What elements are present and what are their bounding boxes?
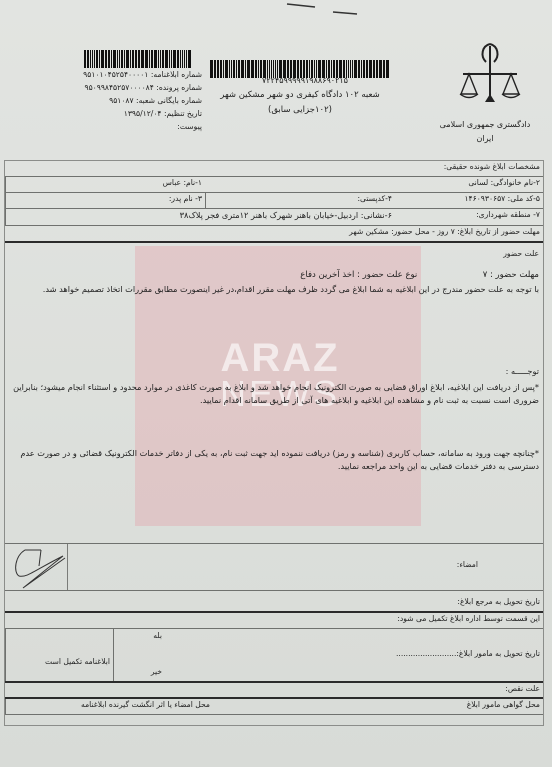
recipient-row-2: ۳- نام پدر: ۴-کدپستی: ۵-کد ملی: ۱۴۶۰۹۳۰۶… xyxy=(5,193,543,209)
barcode-bar xyxy=(149,50,150,68)
barcode-bar xyxy=(214,60,216,78)
notice-complete-label: ابلاغنامه تکمیل است xyxy=(5,629,113,681)
org-line-2: ایران xyxy=(420,132,550,146)
barcode-bar xyxy=(138,50,139,68)
barcode-bar xyxy=(188,50,191,68)
barcode-bar xyxy=(184,50,185,68)
iran-emblem-icon xyxy=(455,40,525,110)
signature-label: امضاء: xyxy=(5,544,481,590)
national-code-field: ۵-کد ملی: ۱۴۶۰۹۳۰۶۵۷ xyxy=(395,193,543,208)
court-summons-page: دادگستری جمهوری اسلامی ایران شماره ابلاغ… xyxy=(0,0,552,767)
barcode-bar xyxy=(141,50,144,68)
postal-code-field: ۴-کدپستی: xyxy=(205,193,395,208)
barcode-bar xyxy=(101,50,104,68)
municipal-zone-field: ۷- منطقه شهرداری: xyxy=(395,209,543,225)
recipient-signature-place: محل امضاء یا اثر انگشت گیرنده ابلاغنامه xyxy=(5,699,213,714)
archive-number: شماره بایگانی شعبه: ۹۵۱۰۸۷ xyxy=(30,94,202,107)
organization-name: دادگستری جمهوری اسلامی ایران xyxy=(420,118,550,146)
barcode-bar xyxy=(119,50,120,68)
barcode-bar xyxy=(160,50,162,68)
barcode-bar xyxy=(379,60,382,78)
barcode-bar xyxy=(111,50,112,68)
barcode-bar xyxy=(151,50,153,68)
recipient-row-1: ۱-نام: عباس ۲-نام خانوادگی: لسانی xyxy=(5,177,543,193)
address-field: ۶-نشانی: اردبیل-خیابان باهنر شهرک باهنر … xyxy=(5,209,395,225)
reason-summary: مهلت حضور : ۷ نوع علت حضور : اخذ آخرین د… xyxy=(9,269,539,282)
barcode-bar xyxy=(87,50,89,68)
court-line-2: (۱۰۲جزایی سابق) xyxy=(205,103,395,118)
barcode-bar xyxy=(180,50,181,68)
reason-type: نوع علت حضور : اخذ آخرین دفاع xyxy=(300,270,417,280)
father-name-field: ۳- نام پدر: xyxy=(5,193,205,208)
barcode-bar xyxy=(217,60,220,78)
barcode-bar xyxy=(383,60,386,78)
signature-box xyxy=(5,544,68,590)
office-completion-row: ابلاغنامه تکمیل است بله خیر تاریخ تحویل … xyxy=(5,629,543,683)
barcode-bar xyxy=(99,50,100,68)
defect-reason-row: علت نقص: xyxy=(5,683,543,699)
barcode-bar xyxy=(165,50,168,68)
barcode-bar xyxy=(130,50,131,68)
barcode-bar xyxy=(229,60,230,78)
handwritten-pen-marks xyxy=(285,2,375,16)
recipient-row-3: ۶-نشانی: اردبیل-خیابان باهنر شهرک باهنر … xyxy=(5,209,543,226)
reason-body: با توجه به علت حضور مندرج در این ابلاغیه… xyxy=(9,283,539,296)
officer-certification-place: محل گواهی مامور ابلاغ xyxy=(213,699,543,714)
issue-date: تاریخ تنظیم: ۱۳۹۵/۱۲/۰۴ xyxy=(30,107,202,120)
attachment: پیوست: xyxy=(30,120,202,133)
barcode-bar xyxy=(121,50,123,68)
org-line-1: دادگستری جمهوری اسلامی xyxy=(420,118,550,132)
summons-form: مشخصات ابلاغ شونده حقیقی: ۱-نام: عباس ۲-… xyxy=(4,160,544,726)
barcode-bar xyxy=(177,50,179,68)
barcode-bar xyxy=(94,50,96,68)
barcode-bar xyxy=(135,50,137,68)
barcode-number: ۷۲۲۴۵۹۹۹۹۹۱۹۸۸۶۹۰۲۱۵ xyxy=(235,76,375,85)
signature-places-row: محل امضاء یا اثر انگشت گیرنده ابلاغنامه … xyxy=(5,699,543,715)
barcode-bar xyxy=(173,50,176,68)
barcode-bar xyxy=(139,50,140,68)
reason-title: علت حضور xyxy=(9,247,539,260)
barcode-bar xyxy=(90,50,91,68)
office-section-header: این قسمت توسط اداره ابلاغ تکمیل می شود: xyxy=(5,613,543,629)
barcode-bar xyxy=(220,60,222,78)
notice-title: توجـــــه : xyxy=(9,365,539,378)
barcode-bar xyxy=(225,60,228,78)
barcode-bar xyxy=(113,50,116,68)
notice-barcode xyxy=(84,50,192,68)
barcode-bar xyxy=(132,50,134,68)
last-name-field: ۲-نام خانوادگی: لسانی xyxy=(205,177,543,192)
recipient-section-header: مشخصات ابلاغ شونده حقیقی: xyxy=(5,161,543,177)
barcode-bar xyxy=(108,50,110,68)
barcode-bar xyxy=(231,60,232,78)
deadline-row: مهلت حضور از تاریخ ابلاغ: ۷ روز - محل حض… xyxy=(5,226,543,243)
handwritten-signature-icon xyxy=(5,544,67,590)
barcode-bar xyxy=(210,60,213,78)
barcode-bar xyxy=(117,50,119,68)
barcode-bar xyxy=(171,50,172,68)
barcode-bar xyxy=(154,50,157,68)
barcode-bar xyxy=(126,50,129,68)
court-line-1: شعبه ۱۰۲ دادگاه کیفری دو شهر مشکین شهر xyxy=(205,88,395,103)
barcode-bar xyxy=(158,50,159,68)
barcode-bar xyxy=(376,60,378,78)
first-name-field: ۱-نام: عباس xyxy=(5,177,205,192)
barcode-bar xyxy=(169,50,170,68)
notice-metadata: شماره ابلاغنامه: ۹۵۱۰۱۰۴۵۲۵۴۰۰۰۰۱ شماره … xyxy=(30,68,202,133)
barcode-bar xyxy=(105,50,107,68)
delivery-date-row: تاریخ تحویل به مرجع ابلاغ: xyxy=(5,591,543,613)
barcode-bar xyxy=(145,50,148,68)
barcode-bar xyxy=(386,60,389,78)
barcode-bar xyxy=(223,60,224,78)
reason-deadline: مهلت حضور : ۷ xyxy=(483,270,539,280)
signature-row: امضاء: xyxy=(5,543,543,591)
notice-item-2: *چنانچه جهت ورود به سامانه، حساب کاربری … xyxy=(9,447,539,473)
court-name: شعبه ۱۰۲ دادگاه کیفری دو شهر مشکین شهر (… xyxy=(205,88,395,118)
officer-delivery-date: تاریخ تحویل به مامور ابلاغ:.............… xyxy=(165,629,543,681)
option-no[interactable]: خیر xyxy=(151,667,162,676)
barcode-bar xyxy=(124,50,125,68)
case-number: شماره پرونده: ۹۵۰۹۹۸۴۵۲۵۷۰۰۰۰۸۴ xyxy=(30,81,202,94)
yes-no-options[interactable]: بله خیر xyxy=(113,629,165,681)
option-yes[interactable]: بله xyxy=(153,631,162,640)
barcode-bar xyxy=(162,50,164,68)
barcode-bar xyxy=(182,50,184,68)
barcode-bar xyxy=(96,50,98,68)
barcode-bar xyxy=(186,50,187,68)
notice-item-1: *پس از دریافت این ابلاغیه، ابلاغ اوراق ق… xyxy=(9,381,539,407)
barcode-bar xyxy=(92,50,93,68)
notice-number: شماره ابلاغنامه: ۹۵۱۰۱۰۴۵۲۵۴۰۰۰۰۱ xyxy=(30,68,202,81)
barcode-bar xyxy=(84,50,86,68)
